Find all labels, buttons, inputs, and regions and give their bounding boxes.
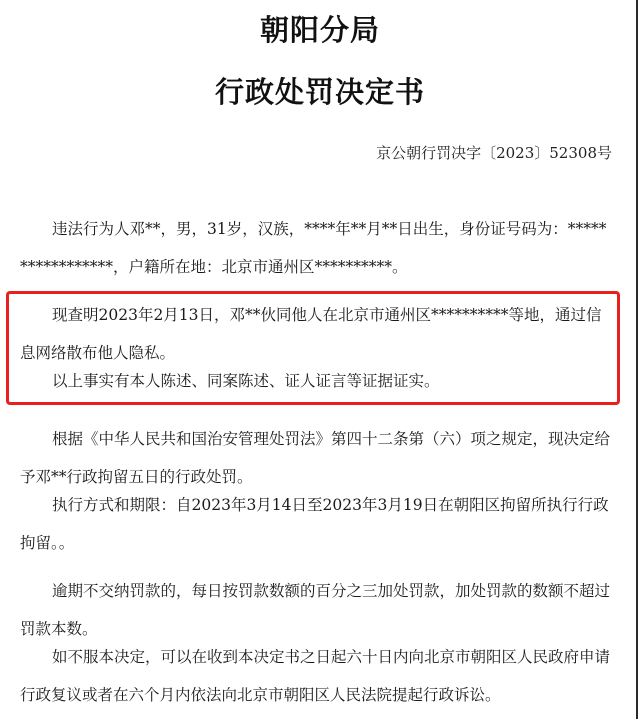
document-title: 行政处罚决定书 bbox=[0, 70, 640, 111]
offender-info-paragraph: 违法行为人邓**，男，31岁，汉族，****年**月**日出生，身份证号码为：*… bbox=[20, 210, 610, 286]
evidence-paragraph: 以上事实有本人陈述、同案陈述、证人证言等证据证实。 bbox=[20, 362, 610, 400]
late-fee-paragraph: 逾期不交纳罚款的，每日按罚款数额的百分之三加处罚款，加处罚款的数额不超过罚款本数… bbox=[20, 572, 610, 648]
facts-paragraph: 现查明2023年2月13日，邓**伙同他人在北京市通州区**********等地… bbox=[20, 296, 610, 372]
legal-basis-paragraph: 根据《中华人民共和国治安管理处罚法》第四十二条第（六）项之规定，现决定给予邓**… bbox=[20, 420, 610, 496]
appeal-rights-paragraph: 如不服本决定，可以在收到本决定书之日起六十日内向北京市朝阳区人民政府申请行政复议… bbox=[20, 638, 610, 714]
execution-period-paragraph: 执行方式和期限：自2023年3月14日至2023年3月19日在朝阳区拘留所执行行… bbox=[20, 486, 610, 562]
issuing-authority-title: 朝阳分局 bbox=[0, 8, 640, 49]
document-number: 京公朝行罚决字〔2023〕52308号 bbox=[376, 142, 612, 163]
